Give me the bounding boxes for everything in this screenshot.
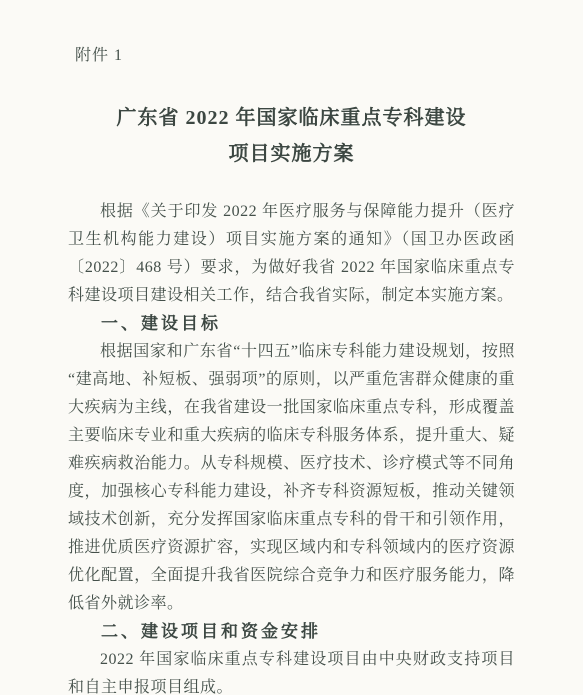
section-heading-projects-and-funding: 二、建设项目和资金安排 xyxy=(68,618,515,646)
attachment-label: 附件 1 xyxy=(68,44,515,68)
document-page: 附件 1 广东省 2022 年国家临床重点专科建设 项目实施方案 根据《关于印发… xyxy=(0,0,583,695)
section-body-construction-goals: 根据国家和广东省“十四五”临床专科能力建设规划，按照“建高地、补短板、强弱项”的… xyxy=(68,338,515,618)
document-title-line-2: 项目实施方案 xyxy=(68,136,515,172)
intro-paragraph: 根据《关于印发 2022 年医疗服务与保障能力提升（医疗卫生机构能力建设）项目实… xyxy=(68,198,515,310)
document-title-line-1: 广东省 2022 年国家临床重点专科建设 xyxy=(68,100,515,136)
section-heading-construction-goals: 一、建设目标 xyxy=(68,310,515,338)
document-title: 广东省 2022 年国家临床重点专科建设 项目实施方案 xyxy=(68,100,515,172)
section-body-projects-and-funding: 2022 年国家临床重点专科建设项目由中央财政支持项目和自主申报项目组成。 xyxy=(68,646,515,695)
